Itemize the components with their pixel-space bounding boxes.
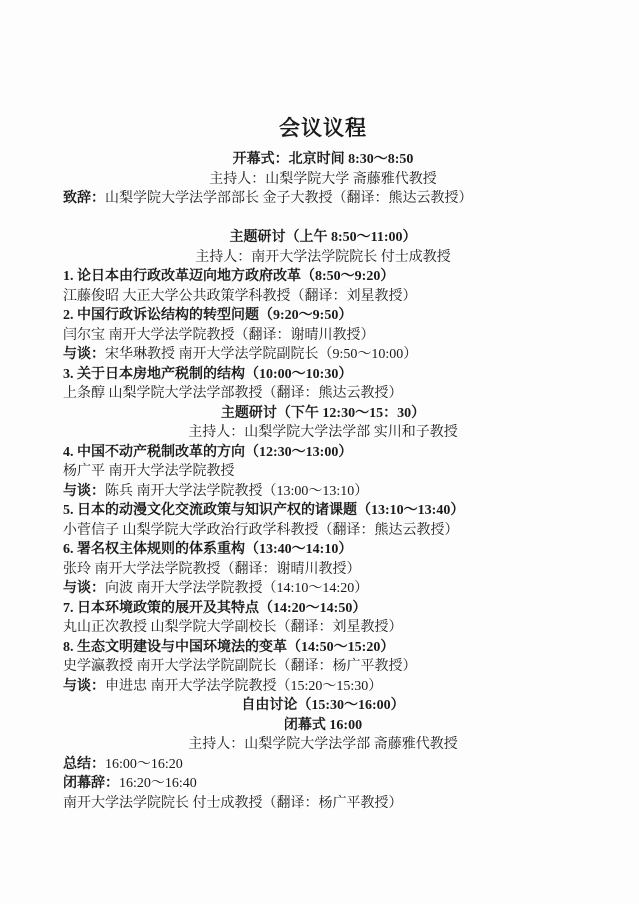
agenda-line-text: 主持人：山梨学院大学法学部 实川和子教授 [188, 425, 458, 440]
agenda-line-bold-text: 6. 署名权主体规则的体系重构（13:40～14:10） [63, 542, 352, 557]
agenda-line-bold-text: 开幕式：北京时间 8:30～8:50 [233, 152, 414, 167]
agenda-line-bold-text: 1. 论日本由行政改革迈向地方政府改革（8:50～9:20） [63, 269, 394, 284]
agenda-line: 杨广平 南开大学法学院教授 [63, 462, 583, 482]
agenda-line: 1. 论日本由行政改革迈向地方政府改革（8:50～9:20） [63, 267, 583, 287]
agenda-line-text: 杨广平 南开大学法学院教授 [63, 464, 235, 479]
page-title: 会议议程 [63, 116, 583, 140]
agenda-line-text: 16:00～16:20 [105, 757, 183, 772]
agenda-line: 张玲 南开大学法学院教授（翻译：谢晴川教授） [63, 560, 583, 580]
agenda-line-text: 上条醇 山梨学院大学法学部教授（翻译：熊达云教授） [63, 386, 403, 401]
agenda-line-bold-text: 8. 生态文明建设与中国环境法的变革（14:50～15:20） [63, 640, 394, 655]
agenda-line: 江藤俊昭 大正大学公共政策学科教授（翻译：刘星教授） [63, 287, 583, 307]
agenda-line-bold-text: 自由讨论（15:30～16:00） [241, 698, 404, 713]
agenda-line-bold-text: 闭幕辞： [63, 776, 119, 791]
agenda-line: 闭幕式 16:00 [63, 716, 583, 736]
agenda-line-text: 山梨学院大学法学部部长 金子大教授（翻译：熊达云教授） [105, 191, 473, 206]
agenda-line: 5. 日本的动漫文化交流政策与知识产权的诸课题（13:10～13:40） [63, 501, 583, 521]
agenda-line-text: 史学瀛教授 南开大学法学院副院长（翻译：杨广平教授） [63, 659, 417, 674]
agenda-line: 4. 中国不动产税制改革的方向（12:30～13:00） [63, 443, 583, 463]
agenda-line-bold-text: 与谈： [63, 347, 105, 362]
agenda-line-bold-text: 主题研讨（下午 12:30～15：30） [221, 406, 425, 421]
agenda-line-bold-text: 致辞： [63, 191, 105, 206]
agenda-line-text: 小菅信子 山梨学院大学政治行政学科教授（翻译：熊达云教授） [63, 523, 459, 538]
blank-line [63, 209, 583, 229]
agenda-line: 主持人：南开大学法学院院长 付士成教授 [63, 248, 583, 268]
agenda-line-bold-text: 3. 关于日本房地产税制的结构（10:00～10:30） [63, 367, 352, 382]
agenda-line-text: 16:20～16:40 [119, 776, 197, 791]
agenda-line: 8. 生态文明建设与中国环境法的变革（14:50～15:20） [63, 638, 583, 658]
agenda-line-text: 主持人：南开大学法学院院长 付士成教授 [195, 250, 451, 265]
agenda-line-bold-text: 与谈： [63, 679, 105, 694]
agenda-line-bold-text: 4. 中国不动产税制改革的方向（12:30～13:00） [63, 445, 352, 460]
agenda-line: 与谈：申进忠 南开大学法学院教授（15:20～15:30） [63, 677, 583, 697]
agenda-line: 总结：16:00～16:20 [63, 755, 583, 775]
agenda-line-bold-text: 主题研讨（上午 8:50～11:00） [229, 230, 416, 245]
agenda-line: 主持人：山梨学院大学法学部 斋藤雅代教授 [63, 735, 583, 755]
agenda-line-text: 主持人：山梨学院大学 斋藤雅代教授 [209, 172, 437, 187]
document-content: 会议议程 开幕式：北京时间 8:30～8:50主持人：山梨学院大学 斋藤雅代教授… [0, 0, 639, 813]
agenda-line-bold-text: 7. 日本环境政策的展开及其特点（14:20～14:50） [63, 601, 366, 616]
agenda-line: 开幕式：北京时间 8:30～8:50 [63, 150, 583, 170]
agenda-line-text: 张玲 南开大学法学院教授（翻译：谢晴川教授） [63, 562, 361, 577]
agenda-line-text: 陈兵 南开大学法学院教授（13:00～13:10） [105, 484, 368, 499]
agenda-line-text: 申进忠 南开大学法学院教授（15:20～15:30） [105, 679, 382, 694]
agenda-line: 2. 中国行政诉讼结构的转型问题（9:20～9:50） [63, 306, 583, 326]
agenda-line: 6. 署名权主体规则的体系重构（13:40～14:10） [63, 540, 583, 560]
agenda-line-text: 宋华琳教授 南开大学法学院副院长（9:50～10:00） [105, 347, 417, 362]
agenda-line: 主题研讨（上午 8:50～11:00） [63, 228, 583, 248]
agenda-line: 自由讨论（15:30～16:00） [63, 696, 583, 716]
agenda-line: 与谈：陈兵 南开大学法学院教授（13:00～13:10） [63, 482, 583, 502]
agenda-line-text: 南开大学法学院院长 付士成教授（翻译：杨广平教授） [63, 796, 403, 811]
agenda-line-text: 丸山正次教授 山梨学院大学副校长（翻译：刘星教授） [63, 620, 403, 635]
agenda-line: 与谈：宋华琳教授 南开大学法学院副院长（9:50～10:00） [63, 345, 583, 365]
agenda-line-text: 闫尔宝 南开大学法学院教授（翻译：谢晴川教授） [63, 328, 375, 343]
agenda-line: 主持人：山梨学院大学法学部 实川和子教授 [63, 423, 583, 443]
agenda-line: 3. 关于日本房地产税制的结构（10:00～10:30） [63, 365, 583, 385]
agenda-line-text: 主持人：山梨学院大学法学部 斋藤雅代教授 [188, 737, 458, 752]
agenda-line: 史学瀛教授 南开大学法学院副院长（翻译：杨广平教授） [63, 657, 583, 677]
agenda-line: 闫尔宝 南开大学法学院教授（翻译：谢晴川教授） [63, 326, 583, 346]
agenda-line-text: 向波 南开大学法学院教授（14:10～14:20） [105, 581, 368, 596]
agenda-line: 小菅信子 山梨学院大学政治行政学科教授（翻译：熊达云教授） [63, 521, 583, 541]
agenda-line-bold-text: 2. 中国行政诉讼结构的转型问题（9:20～9:50） [63, 308, 352, 323]
agenda-line-bold-text: 5. 日本的动漫文化交流政策与知识产权的诸课题（13:10～13:40） [63, 503, 464, 518]
agenda-line: 上条醇 山梨学院大学法学部教授（翻译：熊达云教授） [63, 384, 583, 404]
agenda-lines: 开幕式：北京时间 8:30～8:50主持人：山梨学院大学 斋藤雅代教授致辞：山梨… [63, 150, 583, 813]
agenda-line-bold-text: 与谈： [63, 484, 105, 499]
agenda-line: 与谈：向波 南开大学法学院教授（14:10～14:20） [63, 579, 583, 599]
document-page: 会议议程 开幕式：北京时间 8:30～8:50主持人：山梨学院大学 斋藤雅代教授… [0, 0, 639, 904]
agenda-line-bold-text: 闭幕式 16:00 [284, 718, 362, 733]
agenda-line: 致辞：山梨学院大学法学部部长 金子大教授（翻译：熊达云教授） [63, 189, 583, 209]
agenda-line: 7. 日本环境政策的展开及其特点（14:20～14:50） [63, 599, 583, 619]
agenda-line: 闭幕辞：16:20～16:40 [63, 774, 583, 794]
agenda-line: 主持人：山梨学院大学 斋藤雅代教授 [63, 170, 583, 190]
agenda-line: 南开大学法学院院长 付士成教授（翻译：杨广平教授） [63, 794, 583, 814]
agenda-line-text: 江藤俊昭 大正大学公共政策学科教授（翻译：刘星教授） [63, 289, 417, 304]
agenda-line-bold-text: 总结： [63, 757, 105, 772]
agenda-line: 主题研讨（下午 12:30～15：30） [63, 404, 583, 424]
agenda-line: 丸山正次教授 山梨学院大学副校长（翻译：刘星教授） [63, 618, 583, 638]
agenda-line-bold-text: 与谈： [63, 581, 105, 596]
